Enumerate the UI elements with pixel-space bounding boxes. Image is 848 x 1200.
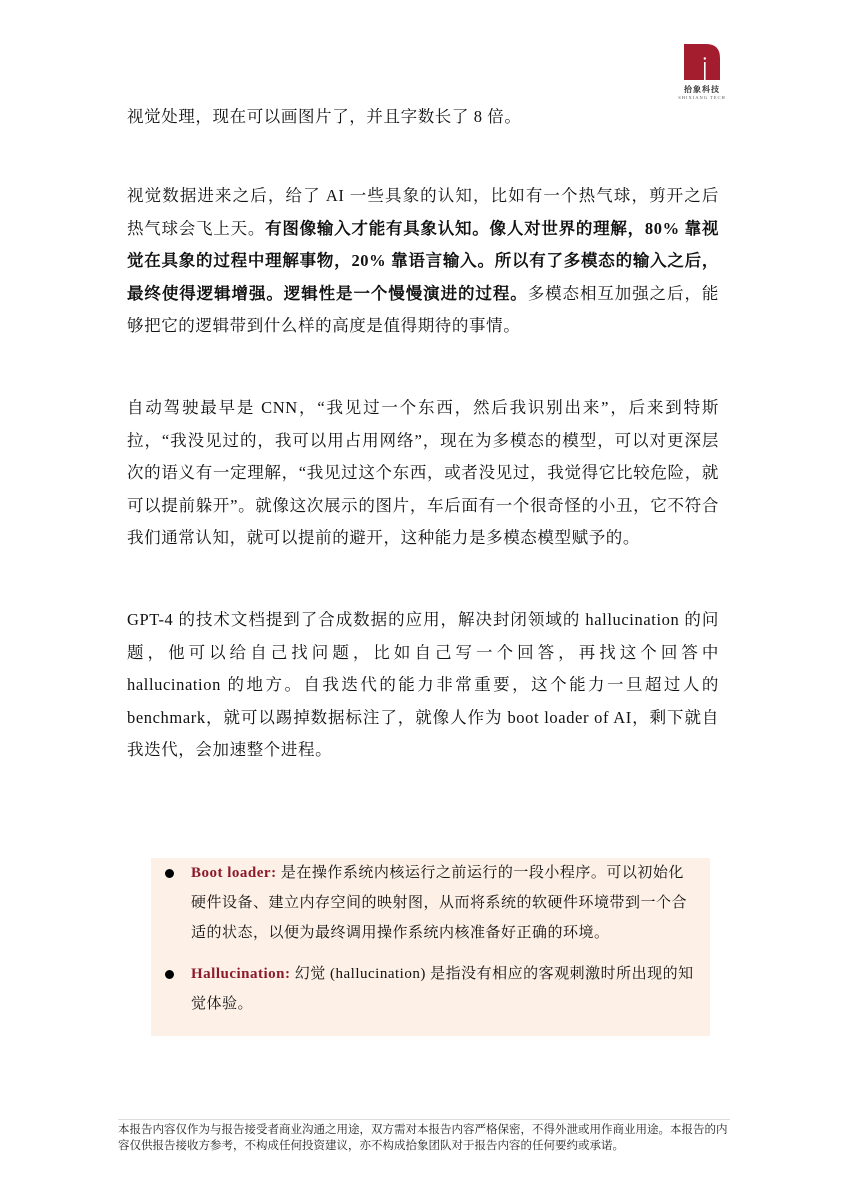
bullet-icon (165, 970, 174, 979)
paragraph-4: GPT-4 的技术文档提到了合成数据的应用，解决封闭领域的 hallucinat… (127, 604, 719, 767)
shixiang-logo-icon (684, 44, 720, 80)
paragraph-3: 自动驾驶最早是 CNN，“我见过一个东西，然后我识别出来”，后来到特斯拉，“我没… (127, 392, 719, 555)
footer-divider (118, 1119, 730, 1120)
glossary-term: Hallucination: (191, 966, 291, 982)
glossary-item-boot-loader: Boot loader: 是在操作系统内核运行之前运行的一段小程序。可以初始化硬… (191, 858, 696, 948)
paragraph-1: 视觉处理，现在可以画图片了，并且字数长了 8 倍。 (127, 101, 719, 134)
glossary-item-hallucination: Hallucination: 幻觉 (hallucination) 是指没有相应… (191, 959, 696, 1019)
paragraph-text: 视觉处理，现在可以画图片了，并且字数长了 8 倍。 (127, 107, 522, 126)
paragraph-text: 自动驾驶最早是 CNN，“我见过一个东西，然后我识别出来”，后来到特斯拉，“我没… (127, 398, 719, 547)
glossary-box: Boot loader: 是在操作系统内核运行之前运行的一段小程序。可以初始化硬… (151, 858, 710, 1036)
glossary-term: Boot loader: (191, 865, 277, 881)
logo-chinese-text: 拾象科技 (676, 84, 728, 95)
paragraph-2: 视觉数据进来之后，给了 AI 一些具象的认知，比如有一个热气球，剪开之后热气球会… (127, 180, 719, 343)
footer-disclaimer: 本报告内容仅作为与报告接受者商业沟通之用途，双方需对本报告内容严格保密，不得外泄… (118, 1122, 730, 1154)
logo-english-text: SHIXIANG TECH (676, 95, 728, 100)
paragraph-text: GPT-4 的技术文档提到了合成数据的应用，解决封闭领域的 hallucinat… (127, 610, 719, 759)
bullet-icon (165, 869, 174, 878)
